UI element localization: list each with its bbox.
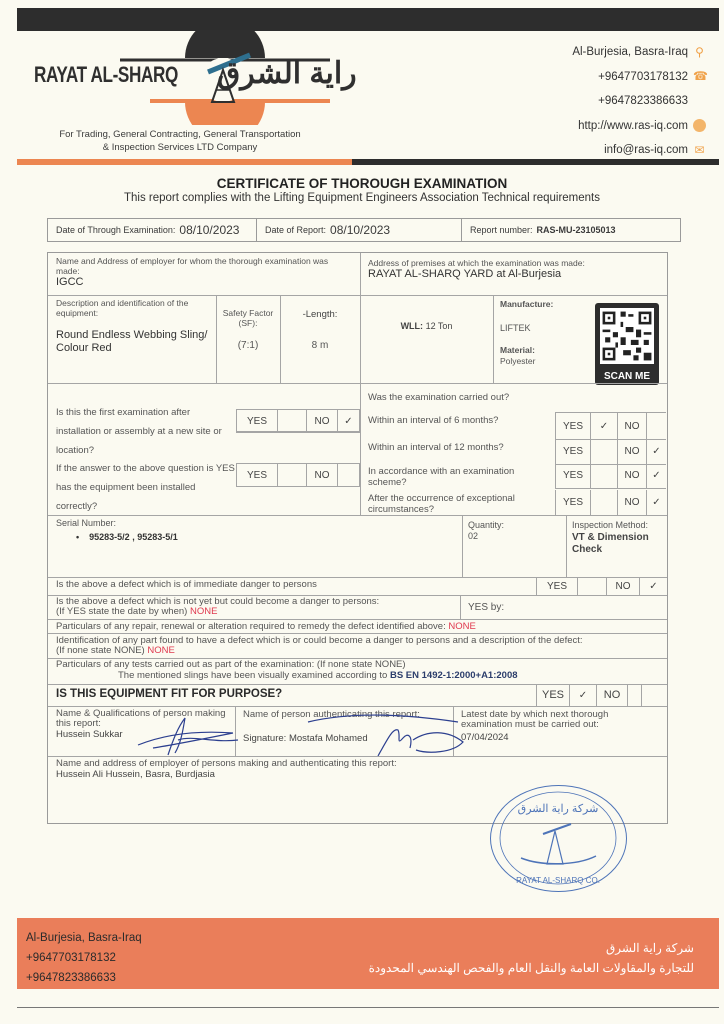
contact-list: Al-Burjesia, Basra-Iraq⚲ +9647703178132☎… (572, 40, 706, 163)
repair-value: NONE (448, 621, 475, 632)
serial-value: • 95283-5/2 , 95283-5/1 (76, 532, 178, 542)
carried-out-no-check[interactable]: ✓ (647, 490, 666, 515)
first-exam-no-check[interactable]: ✓ (338, 410, 359, 432)
exam-date-cell: Date of Through Examination: 08/10/2023 (48, 219, 257, 241)
installed-correctly-question: If the answer to the above question is Y… (56, 459, 236, 516)
premises-label: Address of premises at which the examina… (368, 258, 585, 268)
authenticator-signature (298, 708, 468, 758)
first-exam-yes-no: YES NO ✓ (236, 409, 360, 433)
defect-identification-value: NONE (147, 645, 174, 656)
manufacture-value: LIFTEK (500, 323, 531, 333)
carried-out-yes-check[interactable] (591, 490, 618, 515)
header-dark-bar (352, 159, 719, 165)
installed-yes-check[interactable] (278, 464, 307, 486)
exam-date: 08/10/2023 (179, 223, 239, 237)
fit-for-purpose-yes-no: YES ✓ NO (536, 684, 642, 706)
footer-phone-2: +9647823386633 (26, 968, 142, 988)
material-label: Material: (500, 345, 535, 355)
scan-me-label: SCAN ME (595, 371, 659, 382)
carried-out-yes-no: YESNO✓ (555, 490, 666, 516)
manufacture-label: Manufacture: (500, 299, 553, 309)
header-orange-bar (17, 159, 352, 165)
footer-contacts: Al-Burjesia, Basra-Iraq +9647703178132 +… (26, 928, 142, 988)
inspection-method-value: VT & Dimension Check (572, 532, 662, 556)
envelope-icon: ✉ (693, 144, 706, 157)
employer-label: Name and Address of employer for whom th… (56, 256, 346, 276)
header-top-bar (17, 8, 719, 31)
carried-out-question: In accordance with an examination scheme… (368, 466, 548, 488)
safety-factor-label: Safety Factor (SF): (218, 308, 278, 328)
date-bar: Date of Through Examination: 08/10/2023 … (47, 218, 681, 242)
carried-out-yes-no: YESNO✓ (555, 439, 666, 465)
next-exam-label: Latest date by which next thorough exami… (461, 710, 661, 730)
carried-out-question: Within an interval of 12 months? (368, 442, 548, 453)
future-danger-value: NONE (190, 606, 217, 617)
examination-form: Name and Address of employer for whom th… (47, 252, 668, 824)
serial-label: Serial Number: (56, 518, 116, 528)
carried-out-question: After the occurrence of exceptional circ… (368, 493, 548, 515)
yes-by-label: YES by: (468, 603, 504, 613)
tests-particulars-value: The mentioned slings have been visually … (118, 671, 518, 681)
carried-out-yes-no: YES✓NO (555, 412, 666, 440)
contact-address: Al-Burjesia, Basra-Iraq⚲ (572, 40, 706, 65)
safety-factor-value: (7:1) (218, 341, 278, 351)
employer-value: IGCC (56, 277, 84, 287)
immediate-no-check[interactable]: ✓ (640, 577, 667, 595)
report-number: RAS-MU-23105013 (537, 225, 616, 235)
document-title: CERTIFICATE OF THOROUGH EXAMINATION (0, 176, 724, 191)
premises-value: RAYAT AL-SHARQ YARD at Al-Burjesia (368, 269, 561, 279)
footer-address: Al-Burjesia, Basra-Iraq (26, 928, 142, 948)
inspection-method-label: Inspection Method: (572, 520, 648, 530)
carried-out-yes-check[interactable] (591, 439, 618, 464)
immediate-danger-question: Is the above a defect which is of immedi… (56, 580, 317, 590)
fit-no-check[interactable] (628, 684, 641, 706)
employer-of-persons-label: Name and address of employer of persons … (56, 759, 397, 769)
carried-out-no-check[interactable]: ✓ (647, 463, 666, 488)
brand-name-en: RAYAT AL-SHARQ (34, 62, 178, 88)
installed-no-check[interactable] (338, 464, 359, 486)
qr-code-icon (600, 308, 654, 364)
carried-out-yes-check[interactable] (591, 463, 618, 488)
immediate-danger-yes-no: YES NO ✓ (536, 577, 667, 595)
carried-out-heading: Was the examination carried out? (368, 392, 509, 404)
contact-website[interactable]: http://www.ras-iq.com (572, 114, 706, 139)
phone-icon: ☎ (693, 70, 706, 83)
material-value: Polyester (500, 356, 535, 366)
report-number-cell: Report number: RAS-MU-23105013 (462, 219, 680, 241)
quantity-label: Quantity: (468, 520, 504, 530)
immediate-yes-check[interactable] (578, 577, 607, 595)
defect-identification: Identification of any part found to have… (56, 636, 583, 656)
test-standard: BS EN 1492-1:2000+A1:2008 (390, 670, 518, 681)
length-label: -Length: (282, 310, 358, 320)
footer-phone-1: +9647703178132 (26, 948, 142, 968)
company-stamp: شركة راية الشرق RAYAT AL-SHARQ CO. (490, 785, 627, 892)
equipment-desc-value: Round Endless Webbing Sling/ Colour Red (56, 329, 211, 355)
first-exam-question: Is this the first examination after inst… (56, 403, 236, 460)
footer-divider (17, 1007, 719, 1008)
quantity-value: 02 (468, 531, 478, 541)
tests-particulars-label: Particulars of any tests carried out as … (56, 660, 406, 670)
first-exam-yes-check[interactable] (278, 410, 307, 432)
fit-for-purpose-question: IS THIS EQUIPMENT FIT FOR PURPOSE? (56, 689, 282, 699)
brand-name-ar: راية الشرق (217, 56, 357, 91)
future-danger-question: Is the above a defect which is not yet b… (56, 597, 379, 617)
svg-text:شركة راية الشرق: شركة راية الشرق (518, 803, 599, 815)
carried-out-yes-no: YESNO✓ (555, 463, 666, 489)
next-exam-date: 07/04/2024 (461, 733, 509, 743)
stamp-emblem-icon: شركة راية الشرق RAYAT AL-SHARQ CO. (491, 786, 626, 891)
svg-text:RAYAT AL-SHARQ CO.: RAYAT AL-SHARQ CO. (516, 876, 600, 885)
maker-signature (133, 715, 243, 757)
report-date: 08/10/2023 (330, 223, 390, 237)
carried-out-no-check[interactable] (647, 413, 666, 439)
carried-out-question: Within an interval of 6 months? (368, 415, 548, 426)
contact-phone-2: +9647823386633 (572, 89, 706, 114)
globe-icon (693, 119, 706, 132)
employer-of-persons-value: Hussein Ali Hussein, Basra, Burdjasia (56, 770, 215, 780)
qr-code[interactable]: SCAN ME (595, 303, 659, 385)
report-maker-value: Hussein Sukkar (56, 730, 123, 740)
document-subtitle: This report complies with the Lifting Eq… (0, 192, 724, 204)
location-pin-icon: ⚲ (693, 46, 706, 59)
carried-out-no-check[interactable]: ✓ (647, 439, 666, 464)
carried-out-yes-check[interactable]: ✓ (591, 413, 618, 439)
footer-arabic-name: شركة راية الشرق للتجارة والمقاولات العام… (369, 938, 694, 978)
equipment-desc-label: Description and identification of the eq… (56, 298, 211, 318)
installed-correctly-yes-no: YES NO (236, 463, 360, 487)
fit-yes-check[interactable]: ✓ (570, 684, 597, 706)
repair-particulars: Particulars of any repair, renewal or al… (56, 622, 476, 632)
contact-phone-1: +9647703178132☎ (572, 65, 706, 90)
wll: WLL: 12 Ton (360, 321, 493, 331)
report-date-cell: Date of Report: 08/10/2023 (257, 219, 462, 241)
company-tagline: For Trading, General Contracting, Genera… (20, 128, 340, 154)
length-value: 8 m (282, 341, 358, 351)
